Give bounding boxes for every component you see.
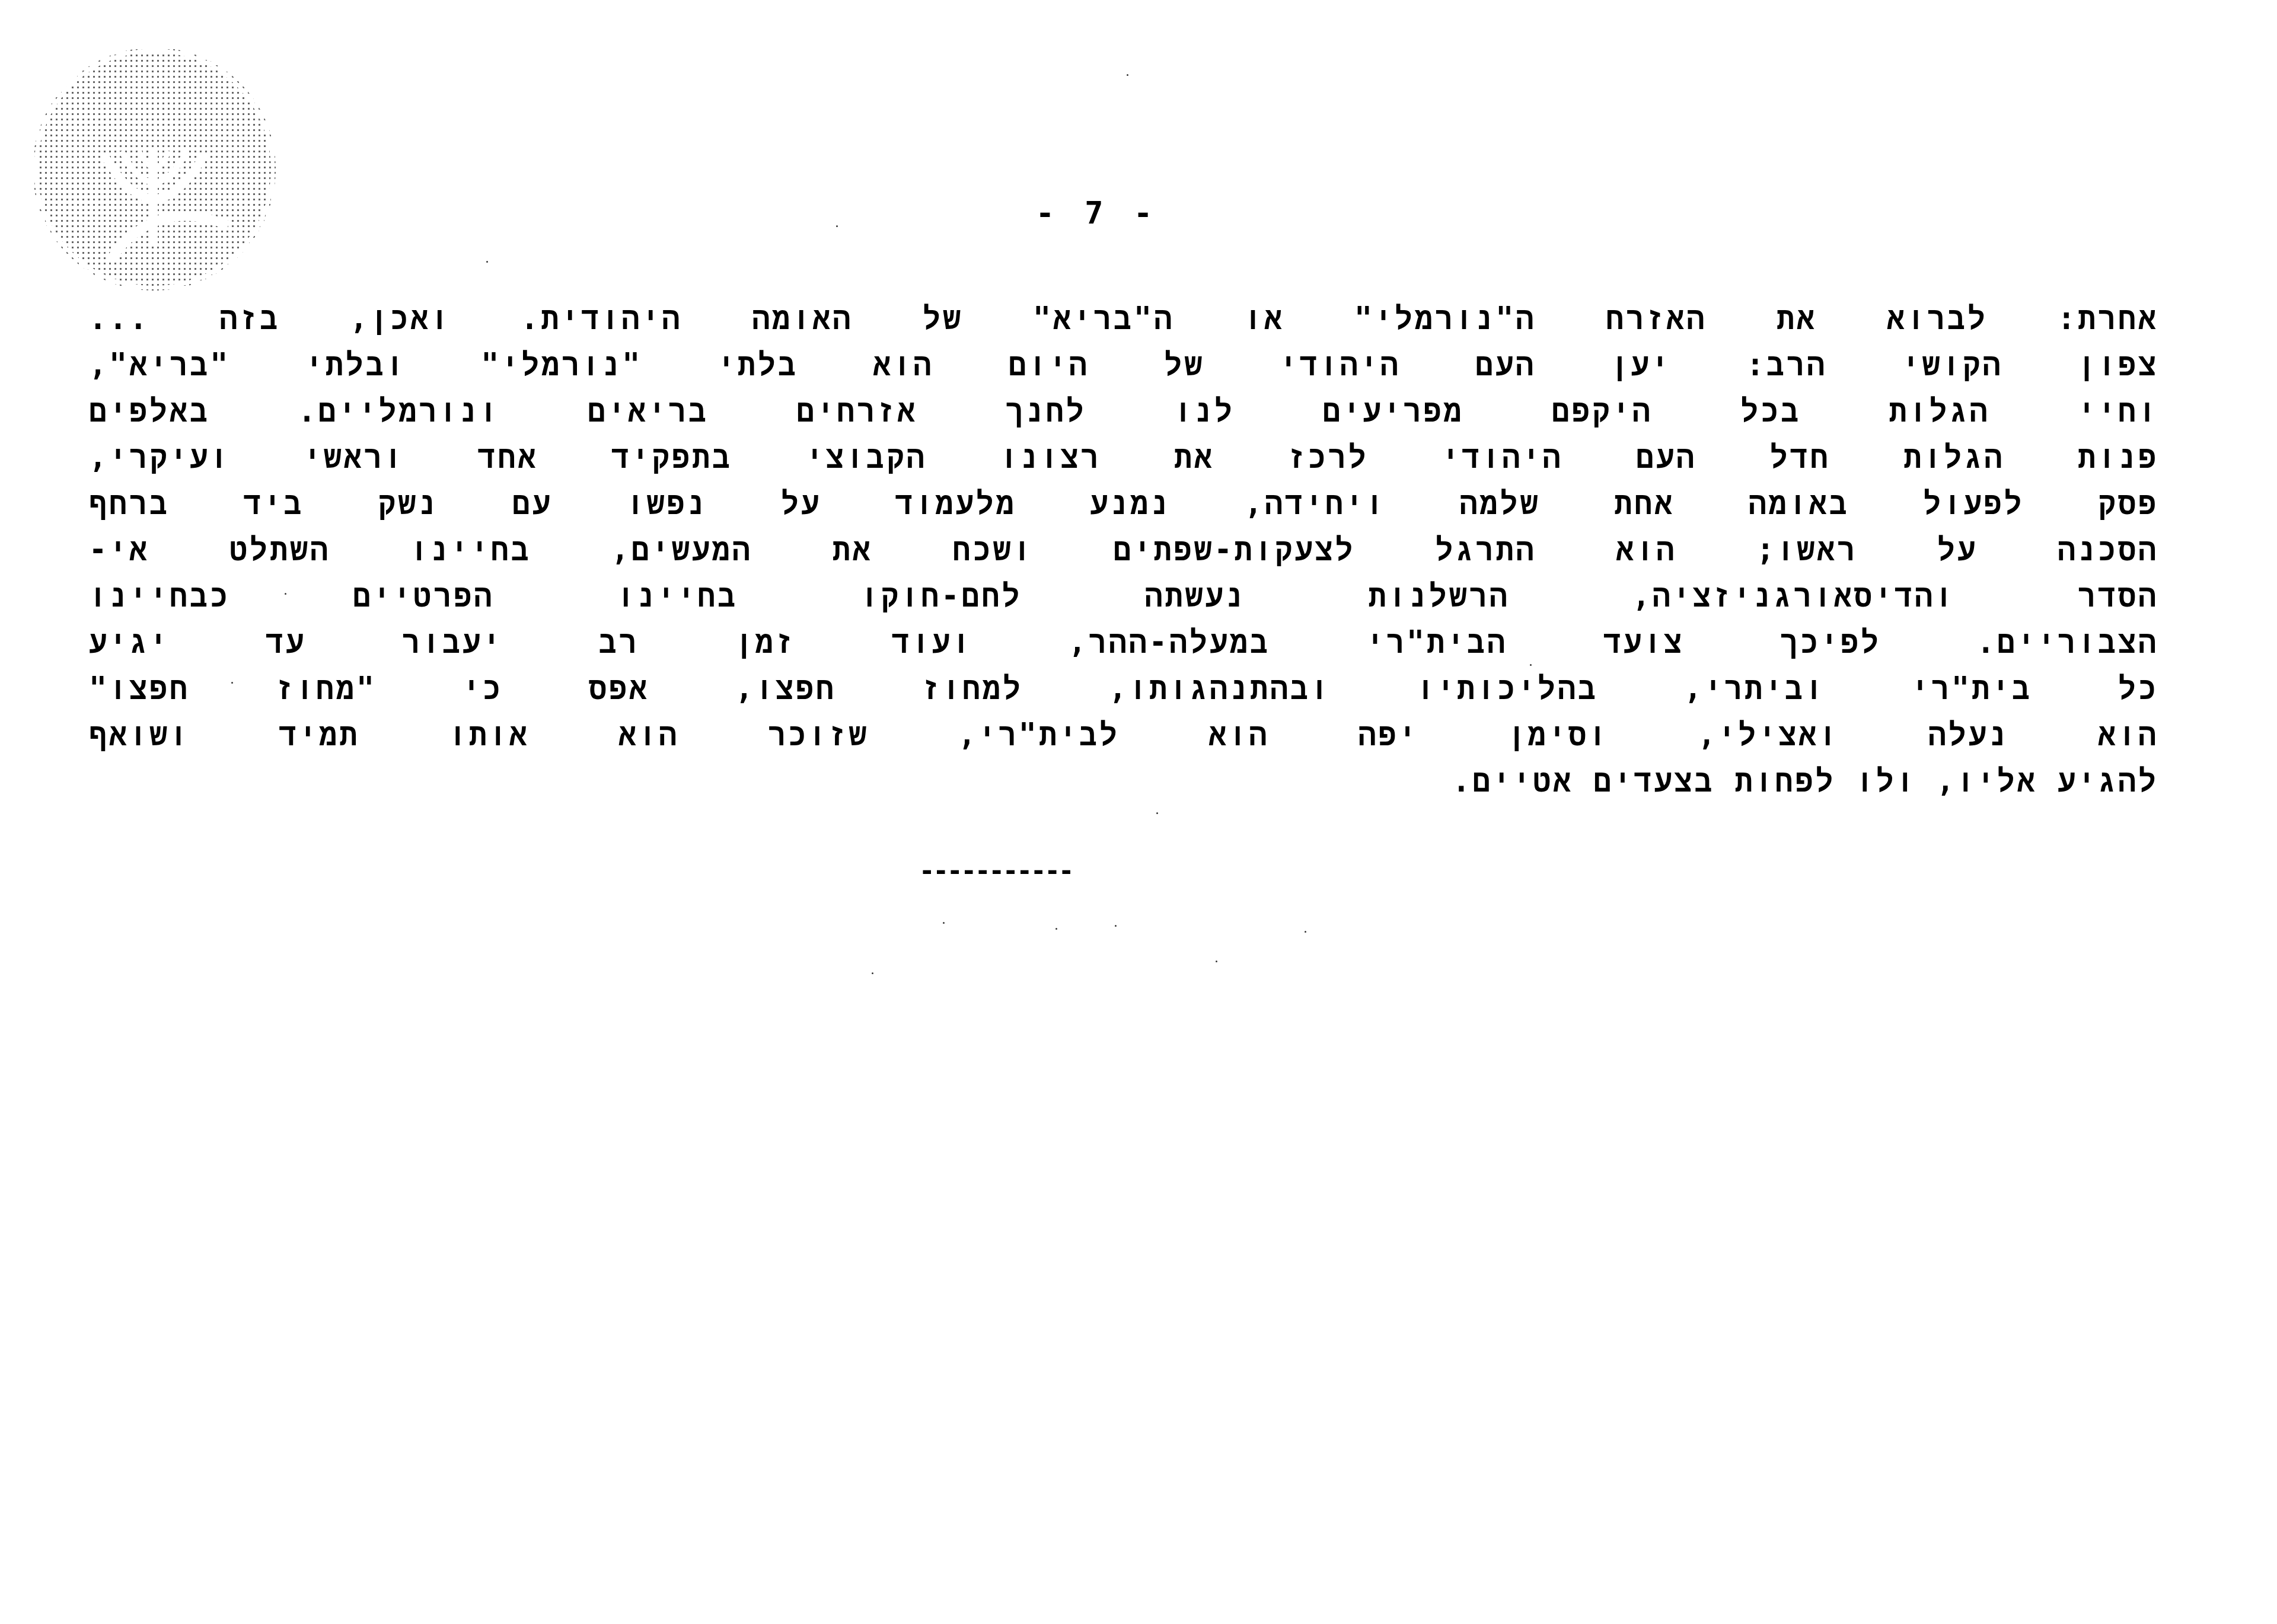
text-line: פסק לפעול באומה אחת שלמה ויחידה, נמנע מל… <box>89 479 2158 528</box>
scan-speck <box>231 682 233 684</box>
text-line: וחיי הגלות בכל היקפם מפריעים לנו לחנך אז… <box>89 387 2158 435</box>
scan-speck <box>1115 925 1117 927</box>
scan-speck <box>1156 812 1158 814</box>
scan-speck <box>872 972 873 974</box>
scan-speck <box>486 261 488 263</box>
text-line: הסכנה על ראשו; הוא התרגל לצעקות-שפתים וש… <box>89 525 2158 574</box>
document-body: אחרת: לברוא את האזרח ה"נורמלי" או ה"בריא… <box>89 295 2158 804</box>
scan-speck <box>1055 928 1057 930</box>
text-line-last: להגיע אליו, ולו לפחות בצעדים אטיים. <box>89 757 2158 805</box>
section-separator: ----------- <box>919 854 1133 889</box>
text-line: אחרת: לברוא את האזרח ה"נורמלי" או ה"בריא… <box>89 294 2158 343</box>
scan-speck <box>1305 931 1306 933</box>
text-line: פנות הגלות חדל העם היהודי לרכז את רצונו … <box>89 433 2158 481</box>
scan-speck <box>1530 664 1532 666</box>
scan-speck <box>1216 961 1217 962</box>
page-number: - 7 - <box>1008 196 1186 231</box>
menorah-emblem-shape <box>33 47 276 291</box>
text-line: הוא נעלה ואצילי, וסימן יפה הוא לבית"רי, … <box>89 710 2158 759</box>
menorah-emblem-icon <box>33 47 276 291</box>
scan-speck <box>285 593 286 595</box>
text-line: צפון הקושי הרב: יען העם היהודי של היום ה… <box>89 340 2158 389</box>
scan-speck <box>836 225 838 227</box>
text-line: כל בית"רי וביתרי, בהליכותיו ובהתנהגותו, … <box>89 664 2158 713</box>
text-line: הצבוריים. לפיכך צועד הבית"רי במעלה-ההר, … <box>89 618 2158 666</box>
text-line: הסדר והדיסאורגניזציה, הרשלנות נעשתה לחם-… <box>89 572 2158 620</box>
scan-speck <box>1127 74 1128 76</box>
scan-speck <box>943 922 945 924</box>
